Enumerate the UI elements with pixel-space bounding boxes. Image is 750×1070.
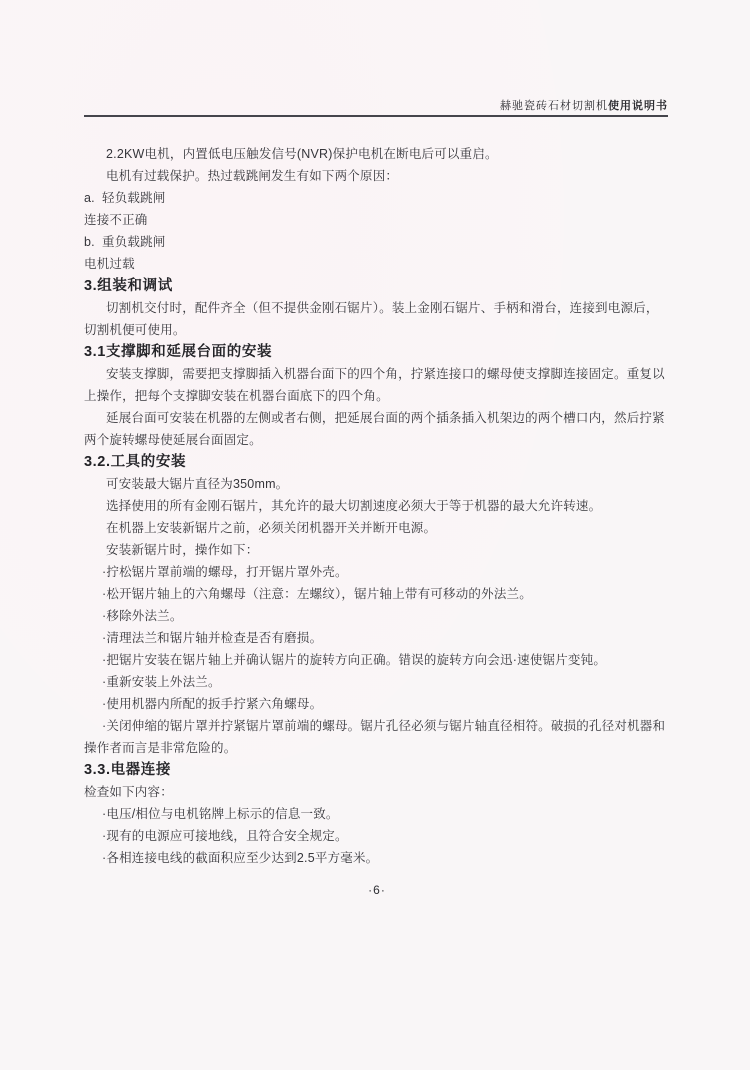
section-paragraph: 切割机交付时，配件齐全（但不提供金刚石锯片）。装上金刚石锯片、手柄和滑台，连接到… (84, 297, 670, 341)
header-title-bold: 使用说明书 (608, 100, 668, 112)
section-paragraph: 检查如下内容： (84, 781, 670, 803)
list-item-detail: 电机过载 (84, 253, 670, 275)
bullet-item: ·各相连接电线的截面积应至少达到2.5平方毫米。 (84, 847, 670, 869)
section-paragraph: 安装支撑脚，需要把支撑脚插入机器台面下的四个角，拧紧连接口的螺母使支撑脚连接固定… (84, 363, 670, 407)
section-paragraph: 安装新锯片时，操作如下： (84, 539, 670, 561)
bullet-item: ·现有的电源应可接地线，且符合安全规定。 (84, 825, 670, 847)
header-title-regular: 赫驰瓷砖石材切割机 (500, 100, 608, 112)
bullet-item: ·松开锯片轴上的六角螺母（注意：左螺纹），锯片轴上带有可移动的外法兰。 (84, 583, 670, 605)
intro-paragraph: 2.2KW电机，内置低电压触发信号(NVR)保护电机在断电后可以重启。 (84, 143, 670, 165)
section-heading-assembly: 3.组装和调试 (84, 275, 670, 297)
section-heading-support-feet: 3.1支撑脚和延展台面的安装 (84, 341, 670, 363)
list-item: b.重负载跳闸 (84, 231, 670, 253)
list-item-label: a. (84, 187, 102, 209)
section-heading-tool-install: 3.2.工具的安装 (84, 451, 670, 473)
section-paragraph: 在机器上安装新锯片之前，必须关闭机器开关并断开电源。 (84, 517, 670, 539)
bullet-item: ·把锯片安装在锯片轴上并确认锯片的旋转方向正确。错误的旋转方向会迅·速使锯片变钝… (84, 649, 670, 671)
list-item-label: b. (84, 231, 102, 253)
list-item-title: 重负载跳闸 (102, 235, 166, 249)
list-item-title: 轻负载跳闸 (102, 191, 166, 205)
bullet-item: ·拧松锯片罩前端的螺母，打开锯片罩外壳。 (84, 561, 670, 583)
bullet-item: ·清理法兰和锯片轴并检查是否有磨损。 (84, 627, 670, 649)
bullet-item: ·重新安装上外法兰。 (84, 671, 670, 693)
page-number: ·6· (84, 879, 670, 901)
bullet-item: ·电压/相位与电机铭牌上标示的信息一致。 (84, 803, 670, 825)
bullet-item: ·使用机器内所配的扳手拧紧六角螺母。 (84, 693, 670, 715)
list-item-detail: 连接不正确 (84, 209, 670, 231)
bullet-item: ·移除外法兰。 (84, 605, 670, 627)
section-paragraph: 选择使用的所有金刚石锯片，其允许的最大切割速度必须大于等于机器的最大允许转速。 (84, 495, 670, 517)
page-content: 2.2KW电机，内置低电压触发信号(NVR)保护电机在断电后可以重启。 电机有过… (84, 143, 670, 901)
manual-page: 赫驰瓷砖石材切割机使用说明书 2.2KW电机，内置低电压触发信号(NVR)保护电… (0, 0, 750, 1070)
list-item: a.轻负载跳闸 (84, 187, 670, 209)
intro-section: 2.2KW电机，内置低电压触发信号(NVR)保护电机在断电后可以重启。 电机有过… (84, 143, 670, 275)
bullet-item: ·关闭伸缩的锯片罩并拧紧锯片罩前端的螺母。锯片孔径必须与锯片轴直径相符。破损的孔… (84, 715, 670, 759)
section-paragraph: 可安装最大锯片直径为350mm。 (84, 473, 670, 495)
section-heading-electrical: 3.3.电器连接 (84, 759, 670, 781)
intro-paragraph: 电机有过载保护。热过载跳闸发生有如下两个原因： (84, 165, 670, 187)
page-header: 赫驰瓷砖石材切割机使用说明书 (84, 99, 668, 117)
section-paragraph: 延展台面可安装在机器的左侧或者右侧，把延展台面的两个插条插入机架边的两个槽口内，… (84, 407, 670, 451)
